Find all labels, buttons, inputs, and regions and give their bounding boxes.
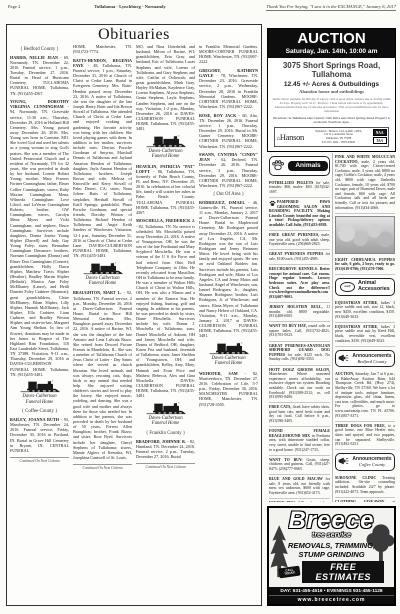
continued-note: Continued On Next Column	[73, 464, 132, 470]
animal-accessories-label: AnimalAccessories	[358, 281, 390, 293]
classified-ad: BEECHGROVE KENNELS. Better concept for a…	[269, 265, 330, 303]
classified-ad: EIGHT CHIHUAHUA PUPPIES for sale, 6 girl…	[335, 256, 395, 275]
masthead-cities: Tullahoma - Lynchburg - Normandy	[40, 4, 220, 9]
deceased-name: BAILEY, JOANNA RUTH	[10, 417, 59, 422]
deceased-name: BRADFORD, JOHNNIE B.	[136, 439, 186, 444]
megaphone-icon	[338, 457, 349, 467]
classified-ad-lead: BLUE AND GOLD MACAW	[269, 477, 323, 481]
deceased-name: BATTS-HENDON, REGENIA FAYE	[73, 58, 132, 68]
classified-ad: GREAT PYRENEES-ANATOLIAN SHEPHERD GUARD …	[269, 342, 330, 366]
obituary-entry: GREGORY, KATHRYN GAYLE - 78, Winchester,…	[199, 68, 258, 109]
classifieds-column-left: AnimalsPOTBELLIED PIGLETS for sale, fema…	[267, 153, 332, 502]
deceased-name: BRAUGHTON, MART L.	[73, 290, 121, 295]
funeral-home-logo: Daves-CulbertsonFuneral Home	[199, 342, 258, 367]
auctioneer-phone: 931-455-1469 - TNFL#3949	[322, 140, 355, 144]
classified-ad-lead: WANT TO BUY HAY,	[269, 324, 307, 328]
hanson-logo: ⌂Hanson	[277, 132, 304, 142]
classified-ad: JERSEY HOLSTEIN BULL, 11 months old, $80…	[269, 303, 330, 322]
obituary-entry: HEAVILIN, PATRICIA "PAT" LOFFT - 86, Tul…	[136, 164, 195, 215]
obituary-column: HOME, Manchester, TN. (931)723-7774.BATT…	[73, 44, 132, 600]
obituary-entry: HOME, Manchester, TN. (931)723-7774.	[73, 44, 132, 54]
classified-ad-lead: CLOTHING GIVEAWAY	[335, 500, 385, 502]
auction-subtitle: Abandon house and outbuildings	[272, 89, 391, 94]
obituary-entry: MOSCHELLA, FREDERICK J. - 82, Tullahoma,…	[136, 218, 195, 398]
funeral-home-name-line2: Funeral Home	[136, 154, 195, 159]
classified-ad-lead: BEECHGROVE KENNELS.	[269, 267, 318, 271]
animals-section-header: Animals	[269, 156, 330, 176]
paw-print-icon	[269, 200, 276, 208]
auctioneer-badges: NAA TAA	[373, 129, 387, 144]
auctioneer-contact: Wendell L. Hanson, CAI, AARE, GPPA 112 N…	[306, 130, 371, 145]
classified-ad: EQUESTRIAN ATTIRE, ladies' 3 piece saddl…	[335, 299, 395, 323]
classified-ad: POTBELLIED PIGLETS for sale, females- $6…	[269, 179, 330, 198]
classified-ad-lead: EIGHT CHIHUAHUA PUPPIES	[335, 258, 395, 262]
announcements-header: AnnouncementsBedford County	[335, 350, 395, 368]
classified-ad-lead: PINK AND WHITE MOLUCCAN COCKATOO,	[335, 155, 395, 164]
classified-ad-lead: FOUND FEMALE BEAGLE/HOUND MIX	[269, 429, 330, 438]
obituary-column: in Franklin Memorial Gardens. MOORE-CORT…	[199, 44, 258, 600]
deceased-name: WEHOFER, SAM	[199, 371, 238, 376]
obituary-entry: RODRIGUEZ, ISMAEL - 46, Gainesville, FL.…	[199, 200, 258, 339]
classified-ad-lead: THREE DOGS FOR FREE,	[335, 424, 386, 428]
classified-ad: PINK AND WHITE MOLUCCAN COCKATOO, male, …	[335, 153, 395, 214]
header-slogan-date: Thank You For Saying, "I saw it in the E…	[266, 4, 396, 11]
classified-ad: BLUE AND GOLD MACAW for sale, 8 years ol…	[269, 475, 330, 499]
classified-ad: SUBOXONE CLINIC Treating addiction. On-s…	[335, 474, 395, 498]
taa-badge: TAA	[373, 137, 387, 144]
obituary-entry: in Franklin Memorial Gardens. MOORE-CORT…	[199, 44, 258, 65]
announcements-county: Bedford County	[352, 359, 391, 365]
breece-services-line2: STUMP GRINDING	[279, 550, 384, 559]
classifieds-section: AnimalsPOTBELLIED PIGLETS for sale, fema…	[267, 153, 397, 502]
classified-ad-lead: EQUESTRIAN ATTIRE,	[335, 301, 378, 305]
obituary-entry: MO, and Nina Unterbrink and husband, Mil…	[136, 44, 195, 131]
obituary-entry: BRADFORD, JOHNNIE B. - 82, Huntland, TN.…	[136, 439, 195, 460]
classified-ad-lead: WANT TO BUY:	[269, 458, 303, 462]
funeral-home-logo: Daves-CulbertsonFuneral Home	[10, 380, 69, 405]
classified-ad-lead: GREAT PYRENEES PUPPIES	[269, 252, 323, 256]
classified-ad: FREE CATS, fixed, have rabies shots, goo…	[269, 403, 330, 427]
breece-logo: Breece	[279, 510, 384, 533]
funeral-home-logo: Daves-CulbertsonFuneral Home	[136, 402, 195, 427]
deceased-name: HARRIS, NELLIE JEAN	[10, 55, 58, 60]
auction-terms: Terms: Down payment, $5,000 day of sale …	[272, 97, 391, 113]
obituary-column: { Bedford County }HARRIS, NELLIE JEAN - …	[10, 44, 69, 600]
obituary-entry: SWANN, CYNTHIA "CINDY" JEAN - 62, Decher…	[199, 152, 258, 188]
funeral-home-name-line2: Funeral Home	[136, 421, 195, 426]
announcements-county: Coffee County	[352, 462, 391, 468]
megaphone-icon	[338, 354, 349, 364]
auction-date: Saturday, Jan. 14th, 10:00 am	[268, 48, 395, 55]
deceased-name: MOSCHELLA, FREDERICK J.	[136, 218, 195, 223]
breece-estimates-row: CALL TODAY! FREE ESTIMATES	[279, 561, 384, 583]
announcements-title: Announcements	[352, 353, 391, 359]
classified-ad-lead: GREAT PYRENEES-ANATOLIAN SHEPHERD GUARD …	[269, 344, 330, 357]
obituary-entry: WEHOFER, SAM - 82, Murfreesboro, TN. Dec…	[199, 371, 258, 407]
funeral-home-name-line2: Funeral Home	[199, 361, 258, 366]
obituary-entry: ROSE, ROY JACK - 60, Alto, TN. December …	[199, 113, 258, 149]
obituary-section-header: { Coffee County }	[10, 409, 69, 415]
page-number: Page 2	[8, 4, 20, 9]
auction-ad-body: 3075 Short Springs Road, Tullahoma 12.45…	[268, 58, 395, 151]
classified-ad: FEEDER PIGS, $45 and meat hogs available…	[269, 499, 330, 502]
classified-ad: HOTT DOGZ GROOM SALON, Manchester. Where…	[269, 366, 330, 404]
classified-ad-lead: FREE GREAT PYRENEES,	[269, 233, 319, 237]
classifieds-column-right: PINK AND WHITE MOLUCCAN COCKATOO, male, …	[332, 153, 397, 502]
obituary-section-header: { Franklin County }	[136, 431, 195, 437]
classified-ad: AUCTION, Saturday, Jan 7 at 6 p.m., at B…	[335, 370, 395, 422]
animals-label: Animals	[288, 161, 327, 171]
auction-title: AUCTION	[268, 31, 395, 46]
classified-ad-lead: POTBELLIED PIGLETS	[269, 181, 313, 185]
classified-ad: CLOTHING GIVEAWAY at Fredonia Church of …	[335, 498, 395, 502]
deceased-name: SWANN, CYNTHIA "CINDY" JEAN	[199, 152, 258, 162]
breece-website: www.breecetree.com	[269, 595, 394, 604]
auction-acreage: 12.45 +/- Acres & Outbuildings	[272, 81, 391, 88]
obituary-section-header: { Bedford County }	[10, 47, 69, 53]
continued-note: Continued On Next Column	[136, 463, 195, 469]
classified-ad: GREAT PYRENEES PUPPIES for sale, $100 ea…	[269, 250, 330, 265]
classified-ad: WANT TO BUY HAY, round rolls or square b…	[269, 322, 330, 341]
breece-services-line1: REMOVALS, TRIMMING,	[279, 541, 384, 550]
funeral-home-logo: Daves-CulbertsonFuneral Home	[136, 135, 195, 160]
classified-ad: THREE DOGS FOR FREE, to a good home, one…	[335, 422, 395, 451]
announcements-label: AnnouncementsBedford County	[352, 353, 391, 365]
obituary-section-header: { Out Of Area }	[199, 192, 258, 198]
classified-ad: FREE GREAT PYRENEES, male, one year old,…	[269, 231, 330, 250]
obituary-entry: BAILEY, JOANNA RUTH - 93, Manchester, TN…	[10, 417, 69, 453]
woof-logo-icon: woof!	[340, 282, 355, 292]
classified-ad: EQUESTRIAN ATTIRE, ladies' 3 piece saddl…	[335, 323, 395, 347]
auction-directions: Directions: In Tullahoma take Country Cl…	[272, 116, 391, 124]
funeral-home-logo: Daves-CulbertsonFuneral Home	[73, 262, 132, 287]
classified-ad: FOUND FEMALE BEAGLE/HOUND MIX in Fredoni…	[269, 427, 330, 456]
breece-tree-service-ad: Breece tree service REMOVALS, TRIMMING, …	[267, 506, 396, 606]
obituaries-title: Obituaries	[10, 26, 258, 44]
classified-ad-lead: PAMPERED PAWS GROOMING SALON AND BOARDIN…	[269, 200, 330, 213]
deceased-name: ROSE, ROY JACK	[199, 113, 236, 118]
breece-ad-content: Breece tree service REMOVALS, TRIMMING, …	[269, 508, 394, 583]
paw-print-icon	[271, 159, 285, 173]
deceased-name: RODRIGUEZ, ISMAEL	[199, 200, 245, 205]
continued-note: Continued On Next Column	[10, 457, 69, 463]
deceased-name: YOUNG, DOROTHY VIRGINIA CUNNINGHAM	[10, 99, 69, 109]
accessories-label-line2: Accessories	[358, 286, 390, 292]
deceased-name: GREGORY, KATHRYN GAYLE	[199, 68, 258, 78]
call-today-badge: CALL TODAY!	[278, 565, 301, 578]
announcements-label: AnnouncementsCoffee County	[352, 456, 391, 468]
auction-address-line1: 3075 Short Springs Road,	[272, 61, 391, 70]
obituary-entry: BATTS-HENDON, REGENIA FAYE - 48, Tullaho…	[73, 58, 132, 258]
free-estimates-label: FREE ESTIMATES	[302, 561, 384, 583]
classified-ad-lead: FREE CATS,	[269, 405, 291, 409]
animal-accessories-header: woof!AnimalAccessories	[335, 278, 395, 296]
auction-address-line2: Tullahoma	[272, 70, 391, 79]
classified-ad-lead: HOTT DOGZ GROOM SALON,	[269, 368, 330, 372]
classified-ad-lead: AUCTION,	[335, 372, 354, 376]
classified-ad: PAMPERED PAWS GROOMING SALON AND BOARDIN…	[269, 198, 330, 231]
deceased-name: HEAVILIN, PATRICIA "PAT" LOFFT	[136, 164, 195, 174]
breece-phone-numbers: DAY: 931-455-4516 • EVENINGS 931-455-112…	[269, 587, 394, 595]
obituary-entry: YOUNG, DOROTHY VIRGINIA CUNNINGHAM - 94,…	[10, 99, 69, 377]
naa-badge: NAA	[373, 129, 387, 136]
chihuahua-puppies-photo	[335, 216, 395, 254]
obituaries-columns: { Bedford County }HARRIS, NELLIE JEAN - …	[10, 44, 258, 600]
auctioneer-box: ⌂Hanson Wendell L. Hanson, CAI, AARE, GP…	[274, 127, 389, 147]
announcements-header: AnnouncementsCoffee County	[335, 453, 395, 471]
funeral-home-name-line2: Funeral Home	[10, 400, 69, 405]
auction-ad-banner: AUCTION Saturday, Jan. 14th, 10:00 am	[268, 29, 395, 58]
classified-ad-lead: SUBOXONE CLINIC	[335, 476, 376, 480]
obituary-column: MO, and Nina Unterbrink and husband, Mil…	[136, 44, 195, 600]
obituaries-section: Obituaries { Bedford County }HARRIS, NEL…	[6, 24, 262, 606]
newspaper-page: { "page_header": { "page": "Page 2", "ce…	[0, 0, 400, 614]
page-header: Page 2 Tullahoma - Lynchburg - Normandy …	[0, 2, 400, 14]
obituary-entry: BRAUGHTON, MART L. - 92, Tullahoma, TN. …	[73, 290, 132, 460]
funeral-home-name-line2: Funeral Home	[73, 281, 132, 286]
obituary-entry: HARRIS, NELLIE JEAN - 69, Normandy, TN. …	[10, 55, 69, 96]
classified-ad-lead: EQUESTRIAN ATTIRE,	[335, 325, 378, 329]
classified-ad: WANT TO BUY: Goats, sheep, chickens and …	[269, 456, 330, 475]
auction-ad: AUCTION Saturday, Jan. 14th, 10:00 am 30…	[267, 28, 396, 152]
classified-ad-lead: JERSEY HOLSTEIN BULL,	[269, 305, 323, 309]
classified-ad-lead: FEEDER PIGS,	[269, 501, 296, 502]
